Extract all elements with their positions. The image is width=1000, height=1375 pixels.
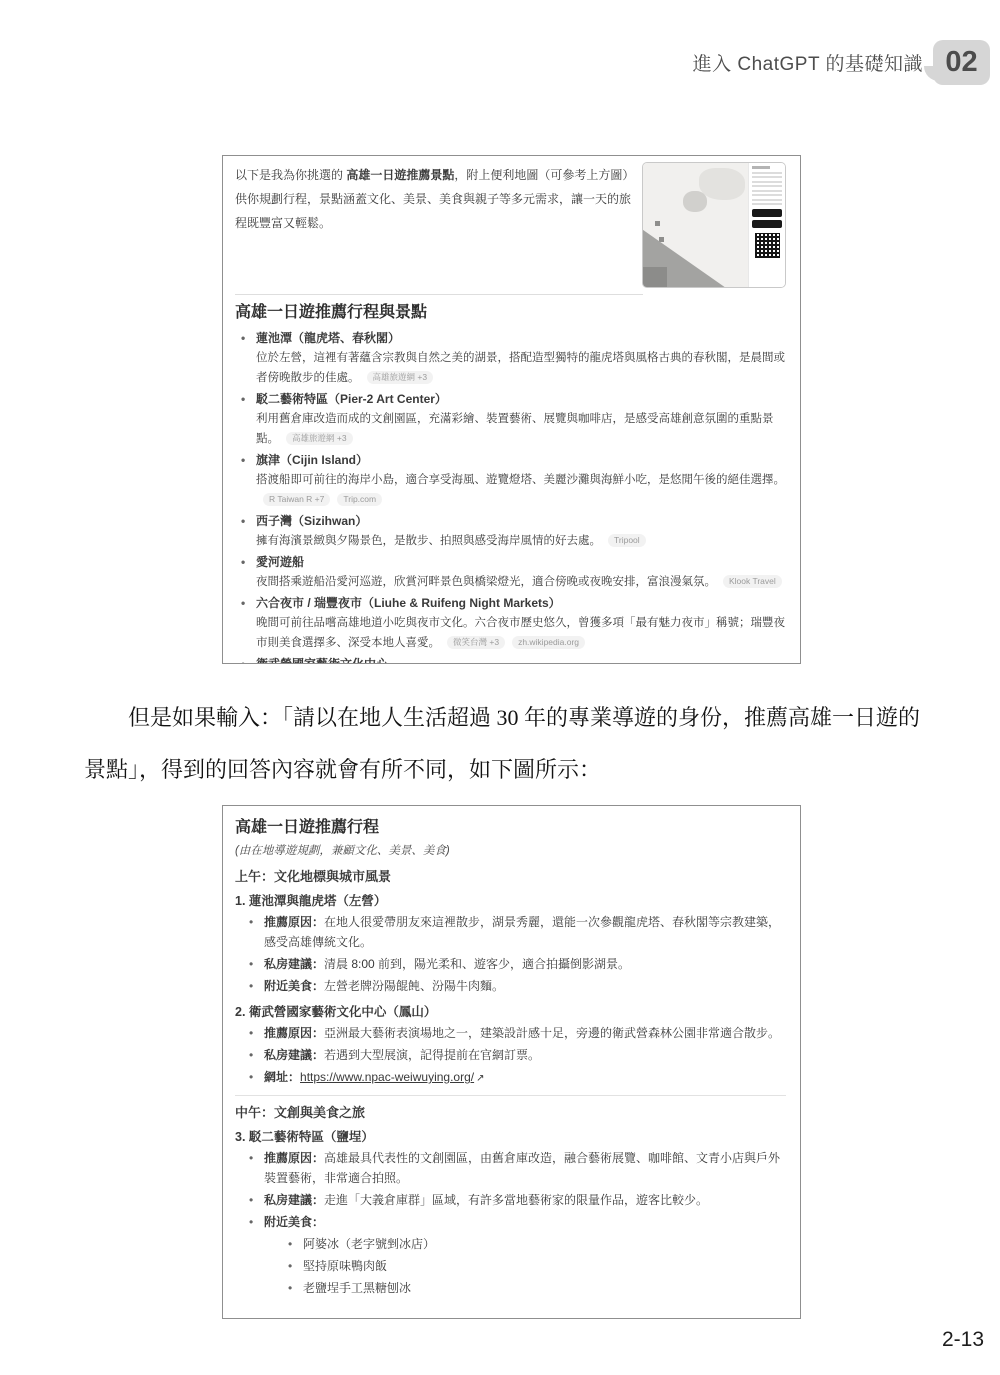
map-panel-line (752, 172, 782, 174)
bullet-label: 推薦原因： (264, 1151, 324, 1165)
map-panel-line (752, 194, 782, 196)
list-item: 衛武營國家藝術文化中心 位於鳳山，是亞洲大型藝術表演中心，擁有歌劇院、音樂廳、戲… (235, 655, 786, 664)
list-item: 老鹽埕手工黑糖刨冰 (286, 1278, 786, 1298)
body-paragraph: 但是如果輸入：「請以在地人生活超過 30 年的專業導遊的身份，推薦高雄一日遊的景… (84, 692, 936, 796)
list-item: 附近美食：左營老牌汾陽餛飩、汾陽牛肉麵。 (245, 976, 786, 996)
qr-code-icon (755, 233, 780, 258)
bullet-label: 附近美食： (264, 979, 324, 993)
map-panel-line (752, 185, 782, 187)
entry-title: 2. 衛武營國家藝術文化中心（鳳山） (235, 1002, 786, 1020)
map-park-blob (683, 191, 707, 212)
spot-title: 六合夜市 / 瑞豐夜市（Liuhe & Ruifeng Night Market… (235, 594, 786, 613)
list-item: 推薦原因：在地人很愛帶朋友來這裡散步，湖景秀麗，還能一次參觀龍虎塔、春秋閣等宗教… (245, 912, 786, 952)
spot-description: 晚間可前往品嚐高雄地道小吃與夜市文化。六合夜市歷史悠久，曾獲多項「最有魅力夜市」… (235, 613, 786, 653)
map-panel-line (752, 190, 782, 192)
bullet-label: 私房建議： (264, 957, 324, 971)
spot-title: 駁二藝術特區（Pier-2 Art Center） (235, 390, 786, 409)
itinerary-spots-heading: 高雄一日遊推薦行程與景點 (235, 299, 786, 322)
list-item: 西子灣（Sizihwan） 擁有海濱景緻與夕陽景色，是散步、拍照與感受海岸風情的… (235, 512, 786, 551)
map-harbor-corner (643, 267, 667, 287)
intro-text: 以下是我為你挑選的 (235, 168, 346, 182)
google-play-badge[interactable] (752, 209, 782, 217)
spot-description: 擁有海濱景緻與夕陽景色，是散步、拍照與感受海岸風情的好去處。Tripool (235, 531, 786, 551)
itinerary-subtitle: (由在地導遊規劃，兼顧文化、美景、美食) (235, 842, 786, 858)
section-divider (235, 1095, 786, 1096)
bullet-text: 走進「大義倉庫群」區域，有許多當地藝術家的限量作品，遊客比較少。 (324, 1193, 708, 1207)
spot-list: 蓮池潭（龍虎塔、春秋閣） 位於左營，這裡有著蘊含宗教與自然之美的湖景，搭配造型獨… (235, 329, 786, 664)
section-divider (235, 294, 643, 295)
citation-badge[interactable]: 高雄旅遊網 +3 (367, 371, 434, 384)
map-marker-icon (655, 221, 660, 226)
bullet-label: 附近美食： (264, 1215, 324, 1229)
citation-badge[interactable]: Tripool (608, 534, 646, 547)
bullet-text: 左營老牌汾陽餛飩、汾陽牛肉麵。 (324, 979, 504, 993)
list-item: 私房建議：若遇到大型展演，記得提前在官網訂票。 (245, 1045, 786, 1065)
list-item: 六合夜市 / 瑞豐夜市（Liuhe & Ruifeng Night Market… (235, 594, 786, 653)
entry-bullet-list: 推薦原因：高雄最具代表性的文創園區，由舊倉庫改造，融合藝術展覽、咖啡館、文青小店… (235, 1148, 786, 1298)
chapter-title: 進入 ChatGPT 的基礎知識 (693, 49, 923, 76)
bullet-text: 亞洲最大藝術表演場地之一，建築設計感十足，旁邊的衛武營森林公園非常適合散步。 (324, 1026, 780, 1040)
citation-badge[interactable]: R Taiwan R +7 (263, 493, 330, 506)
spot-description: 夜間搭乘遊船沿愛河巡遊，欣賞河畔景色與橋梁燈光，適合傍晚或夜晚安排，富浪漫氣氛。… (235, 572, 786, 592)
spot-description: 利用舊倉庫改造而成的文創園區，充滿彩繪、裝置藝術、展覽與咖啡店，是感受高雄創意氛… (235, 409, 786, 449)
spot-desc-text: 位於左營，這裡有著蘊含宗教與自然之美的湖景，搭配造型獨特的龍虎塔與風格古典的春秋… (256, 352, 785, 384)
list-item: 推薦原因：亞洲最大藝術表演場地之一，建築設計感十足，旁邊的衛武營森林公園非常適合… (245, 1023, 786, 1043)
list-item: 私房建議：走進「大義倉庫群」區域，有許多當地藝術家的限量作品，遊客比較少。 (245, 1190, 786, 1210)
spot-desc-text: 擁有海濱景緻與夕陽景色，是散步、拍照與感受海岸風情的好去處。 (256, 535, 601, 547)
morning-section-heading: 上午：文化地標與城市風景 (235, 866, 786, 885)
map-sidebar-panel (748, 163, 785, 287)
bullet-text: 在地人很愛帶朋友來這裡散步，湖景秀麗，還能一次參觀龍虎塔、春秋閣等宗教建築，感受… (264, 915, 780, 949)
itinerary-heading: 高雄一日遊推薦行程 (235, 814, 786, 837)
list-item: 蓮池潭（龍虎塔、春秋閣） 位於左營，這裡有著蘊含宗教與自然之美的湖景，搭配造型獨… (235, 329, 786, 388)
list-item: 旗津（Cijin Island） 搭渡船即可前往的海岸小島，適合享受海風、遊覽燈… (235, 451, 786, 510)
entry-bullet-list: 推薦原因：亞洲最大藝術表演場地之一，建築設計感十足，旁邊的衛武營森林公園非常適合… (235, 1023, 786, 1089)
app-store-badge[interactable] (752, 220, 782, 228)
bullet-text: 若遇到大型展演，記得提前在官網訂票。 (324, 1048, 540, 1062)
chapter-header: 進入 ChatGPT 的基礎知識 02 (693, 40, 990, 85)
citation-badge[interactable]: Trip.com (337, 493, 382, 506)
map-panel-line (752, 199, 782, 201)
spot-title: 衛武營國家藝術文化中心 (235, 655, 786, 664)
spot-title: 蓮池潭（龍虎塔、春秋閣） (235, 329, 786, 348)
bullet-label: 私房建議： (264, 1193, 324, 1207)
list-item: 愛河遊船 夜間搭乘遊船沿愛河巡遊，欣賞河畔景色與橋梁燈光，適合傍晚或夜晚安排，富… (235, 553, 786, 592)
map-panel-line (752, 203, 782, 205)
list-item: 網址：https://www.npac-weiwuying.org/↗ (245, 1067, 786, 1089)
list-item: 阿婆冰（老字號剉冰店） (286, 1234, 786, 1254)
bullet-label: 推薦原因： (264, 915, 324, 929)
citation-badge[interactable]: 微笑台灣 +3 (447, 636, 505, 649)
spot-desc-text: 搭渡船即可前往的海岸小島，適合享受海風、遊覽燈塔、美麗沙灘與海鮮小吃，是悠閒午後… (256, 474, 785, 486)
map-panel-title (752, 166, 770, 169)
page-number: 2-13 (942, 1328, 984, 1352)
entry-bullet-list: 推薦原因：在地人很愛帶朋友來這裡散步，湖景秀麗，還能一次參觀龍虎塔、春秋閣等宗教… (235, 912, 786, 996)
entry-title: 1. 蓮池潭與龍虎塔（左營） (235, 891, 786, 909)
bullet-text: 高雄最具代表性的文創園區，由舊倉庫改造，融合藝術展覽、咖啡館、文青小店與戶外裝置… (264, 1151, 780, 1185)
food-sub-list: 阿婆冰（老字號剉冰店） 堅持原味鴨肉飯 老鹽埕手工黑糖刨冰 (264, 1234, 786, 1298)
chapter-number-badge: 02 (933, 40, 990, 85)
spot-description: 搭渡船即可前往的海岸小島，適合享受海風、遊覽燈塔、美麗沙灘與海鮮小吃，是悠閒午後… (235, 470, 786, 510)
book-page: 進入 ChatGPT 的基礎知識 02 (0, 0, 1000, 1375)
list-item: 推薦原因：高雄最具代表性的文創園區，由舊倉庫改造，融合藝術展覽、咖啡館、文青小店… (245, 1148, 786, 1188)
spot-title: 西子灣（Sizihwan） (235, 512, 786, 531)
map-panel-line (752, 181, 782, 183)
map-area (643, 163, 748, 287)
bullet-label: 推薦原因： (264, 1026, 324, 1040)
citation-badge[interactable]: 高雄旅遊網 +3 (286, 432, 353, 445)
intro-bold-text: 高雄一日遊推薦景點 (346, 168, 454, 182)
citation-badge[interactable]: Klook Travel (723, 575, 782, 588)
spot-description: 位於左營，這裡有著蘊含宗教與自然之美的湖景，搭配造型獨特的龍虎塔與風格古典的春秋… (235, 348, 786, 388)
list-item: 堅持原味鴨肉飯 (286, 1256, 786, 1276)
bullet-label: 私房建議： (264, 1048, 324, 1062)
bullet-text: 清晨 8:00 前到，陽光柔和、遊客少，適合拍攝倒影湖景。 (324, 957, 630, 971)
list-item: 私房建議：清晨 8:00 前到，陽光柔和、遊客少，適合拍攝倒影湖景。 (245, 954, 786, 974)
spot-title: 旗津（Cijin Island） (235, 451, 786, 470)
entry-title: 3. 駁二藝術特區（鹽埕） (235, 1127, 786, 1145)
external-link-icon: ↗ (476, 1073, 484, 1084)
kaohsiung-map-thumbnail[interactable] (642, 162, 786, 288)
chatgpt-response-screenshot-1: 以下是我為你挑選的 高雄一日遊推薦景點，附上便利地圖（可參考上方圖）供你規劃行程… (222, 155, 801, 664)
noon-section-heading: 中午：文創與美食之旅 (235, 1102, 786, 1121)
website-link[interactable]: https://www.npac-weiwuying.org/ (300, 1070, 474, 1084)
spot-title: 愛河遊船 (235, 553, 786, 572)
chatgpt-response-screenshot-2: 高雄一日遊推薦行程 (由在地導遊規劃，兼顧文化、美景、美食) 上午：文化地標與城… (222, 805, 801, 1319)
bullet-label: 網址： (264, 1070, 300, 1084)
list-item: 駁二藝術特區（Pier-2 Art Center） 利用舊倉庫改造而成的文創園區… (235, 390, 786, 449)
list-item: 附近美食： 阿婆冰（老字號剉冰店） 堅持原味鴨肉飯 老鹽埕手工黑糖刨冰 (245, 1212, 786, 1298)
map-terrain-patch (699, 168, 745, 200)
spot-desc-text: 夜間搭乘遊船沿愛河巡遊，欣賞河畔景色與橋梁燈光，適合傍晚或夜晚安排，富浪漫氣氛。 (256, 576, 716, 588)
citation-badge[interactable]: zh.wikipedia.org (512, 636, 585, 649)
map-panel-line (752, 176, 782, 178)
